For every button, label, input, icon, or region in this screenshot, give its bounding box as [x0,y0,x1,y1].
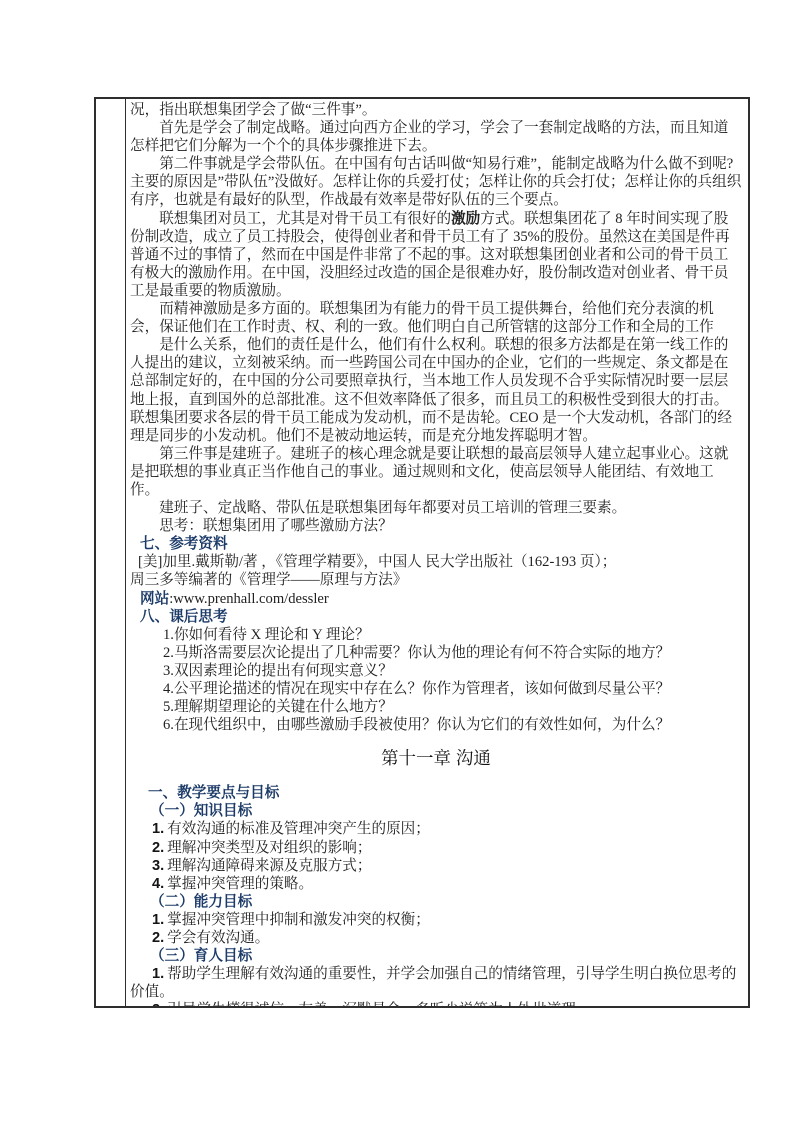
text-run: 是什么关系，他们的责任是什么，他们有什么权利。联想的很多方法都是在第一线工作的人… [130,337,732,443]
objective-number: 1. [152,821,164,837]
objective-item: 2.学会有效沟通。 [130,929,742,947]
case-paragraph: 况，指出联想集团学会了做“三件事”。 [130,101,742,119]
objective-item: 4.掌握冲突管理的策略。 [130,875,742,893]
review-question: 5.理解期望理论的关键在什么地方？ [163,698,742,716]
references-list: [美]加里.戴斯勒/著 ，《管理学精要》，中国人 民大学出版社（162-193 … [130,553,742,589]
teaching-objectives: （一）知识目标1.有效沟通的标准及管理冲突产生的原因；2.理解冲突类型及对组织的… [130,802,742,1006]
objective-text: 理解冲突类型及对组织的影响； [167,840,371,856]
subsection-heading: （二）能力目标 [150,893,742,911]
case-paragraph: 第二件事就是学会带队伍。在中国有句古话叫做“知易行难”，能制定战略为什么做不到呢… [130,155,742,209]
review-question: 6.在现代组织中，由哪些激励手段被使用？你认为它们的有效性如何，为什么？ [163,716,742,734]
text-run: 联想集团对员工，尤其是对骨干员工有很好的 [159,211,451,227]
table-left-column [96,99,126,1006]
objective-text: 有效沟通的标准及管理冲突产生的原因； [167,821,430,837]
case-paragraph: 第三件事是建班子。建班子的核心理念就是要让联想的最高层领导人建立起事业心。这就是… [130,445,742,499]
references-heading: 七、参考资料 [140,535,742,553]
review-question: 3.双因素理论的提出有何现实意义？ [163,662,742,680]
table-content-cell: 况，指出联想集团学会了做“三件事”。首先是学会了制定战略。通过向西方企业的学习，… [126,99,748,1006]
objective-item: 1.掌握冲突管理中抑制和激发冲突的权衡； [130,911,742,929]
reference-line: 周三多等编著的《管理学——原理与方法》 [130,571,742,589]
objective-number: 4. [152,876,164,892]
text-run: 况，指出联想集团学会了做“三件事”。 [130,102,376,118]
review-question: 2.马斯洛需要层次论提出了几种需要？你认为他的理论有何不符合实际的地方？ [163,644,742,662]
document-page: { "colors": { "heading_navy": "#1b3a68",… [0,0,794,1123]
case-study-text: 况，指出联想集团学会了做“三件事”。首先是学会了制定战略。通过向西方企业的学习，… [130,101,742,535]
website-label: 网站 [140,591,169,607]
objective-text: 学会有效沟通。 [167,930,269,946]
objective-number: 1. [152,912,164,928]
bold-emphasis: 激励 [451,211,480,227]
objective-text: 掌握冲突管理中抑制和激发冲突的权衡； [167,912,430,928]
text-run: 第二件事就是学会带队伍。在中国有句古话叫做“知易行难”，能制定战略为什么做不到呢… [130,156,741,208]
review-questions-list: 1.你如何看待 X 理论和 Y 理论？2.马斯洛需要层次论提出了几种需要？你认为… [130,626,742,735]
objective-item: 2.引导学生懂得诚信、友善、沉默是金、多听少说等为人处世道理。 [130,1001,742,1006]
objective-item: 2.理解冲突类型及对组织的影响； [130,839,742,857]
subsection-heading: （一）知识目标 [150,802,742,820]
case-paragraph: 首先是学会了制定战略。通过向西方企业的学习，学会了一套制定战略的方法，而且知道怎… [130,119,742,155]
objective-number: 2. [152,1002,164,1006]
text-run: 第三件事是建班子。建班子的核心理念就是要让联想的最高层领导人建立起事业心。这就是… [130,446,728,498]
chapter-title: 第十一章 沟通 [130,746,742,770]
objective-number: 2. [152,930,164,946]
objective-text: 引导学生懂得诚信、友善、沉默是金、多听少说等为人处世道理。 [167,1002,590,1006]
objective-text: 帮助学生理解有效沟通的重要性，并学会加强自己的情绪管理，引导学生明白换位思考的价… [130,966,736,1000]
lesson-plan-table: 况，指出联想集团学会了做“三件事”。首先是学会了制定战略。通过向西方企业的学习，… [94,97,750,1008]
objective-item: 1.帮助学生理解有效沟通的重要性，并学会加强自己的情绪管理，引导学生明白换位思考… [130,965,742,1001]
subsection-heading: （三）育人目标 [150,947,742,965]
reference-line: [美]加里.戴斯勒/著 ，《管理学精要》，中国人 民大学出版社（162-193 … [138,553,742,571]
text-run: 首先是学会了制定战略。通过向西方企业的学习，学会了一套制定战略的方法，而且知道怎… [130,120,728,154]
review-heading: 八、课后思考 [140,608,742,626]
objective-item: 1.有效沟通的标准及管理冲突产生的原因； [130,820,742,838]
objective-number: 2. [152,840,164,856]
website-url: :www.prenhall.com/dessler [169,591,329,607]
objective-number: 3. [152,858,164,874]
case-paragraph: 是什么关系，他们的责任是什么，他们有什么权利。联想的很多方法都是在第一线工作的人… [130,336,742,445]
review-question: 1.你如何看待 X 理论和 Y 理论？ [163,626,742,644]
case-paragraph: 而精神激励是多方面的。联想集团为有能力的骨干员工提供舞台，给他们充分表演的机会，… [130,300,742,336]
objective-text: 掌握冲突管理的策略。 [167,876,313,892]
objective-number: 1. [152,966,164,982]
objective-item: 3.理解沟通障碍来源及克服方式； [130,857,742,875]
website-line: 网站:www.prenhall.com/dessler [140,590,742,608]
text-run: 而精神激励是多方面的。联想集团为有能力的骨干员工提供舞台，给他们充分表演的机会，… [130,301,714,335]
review-question: 4.公平理论描述的情况在现实中存在么？你作为管理者，该如何做到尽量公平？ [163,680,742,698]
text-run: 建班子、定战略、带队伍是联想集团每年都要对员工培训的管理三要素。 [159,500,626,516]
case-paragraph: 思考：联想集团用了哪些激励方法？ [130,517,742,535]
case-paragraph: 联想集团对员工，尤其是对骨干员工有很好的激励方式。联想集团花了 8 年时间实现了… [130,210,742,300]
text-run: 思考：联想集团用了哪些激励方法？ [159,518,393,534]
case-paragraph: 建班子、定战略、带队伍是联想集团每年都要对员工培训的管理三要素。 [130,499,742,517]
teaching-heading: 一、教学要点与目标 [148,784,742,802]
objective-text: 理解沟通障碍来源及克服方式； [167,858,371,874]
